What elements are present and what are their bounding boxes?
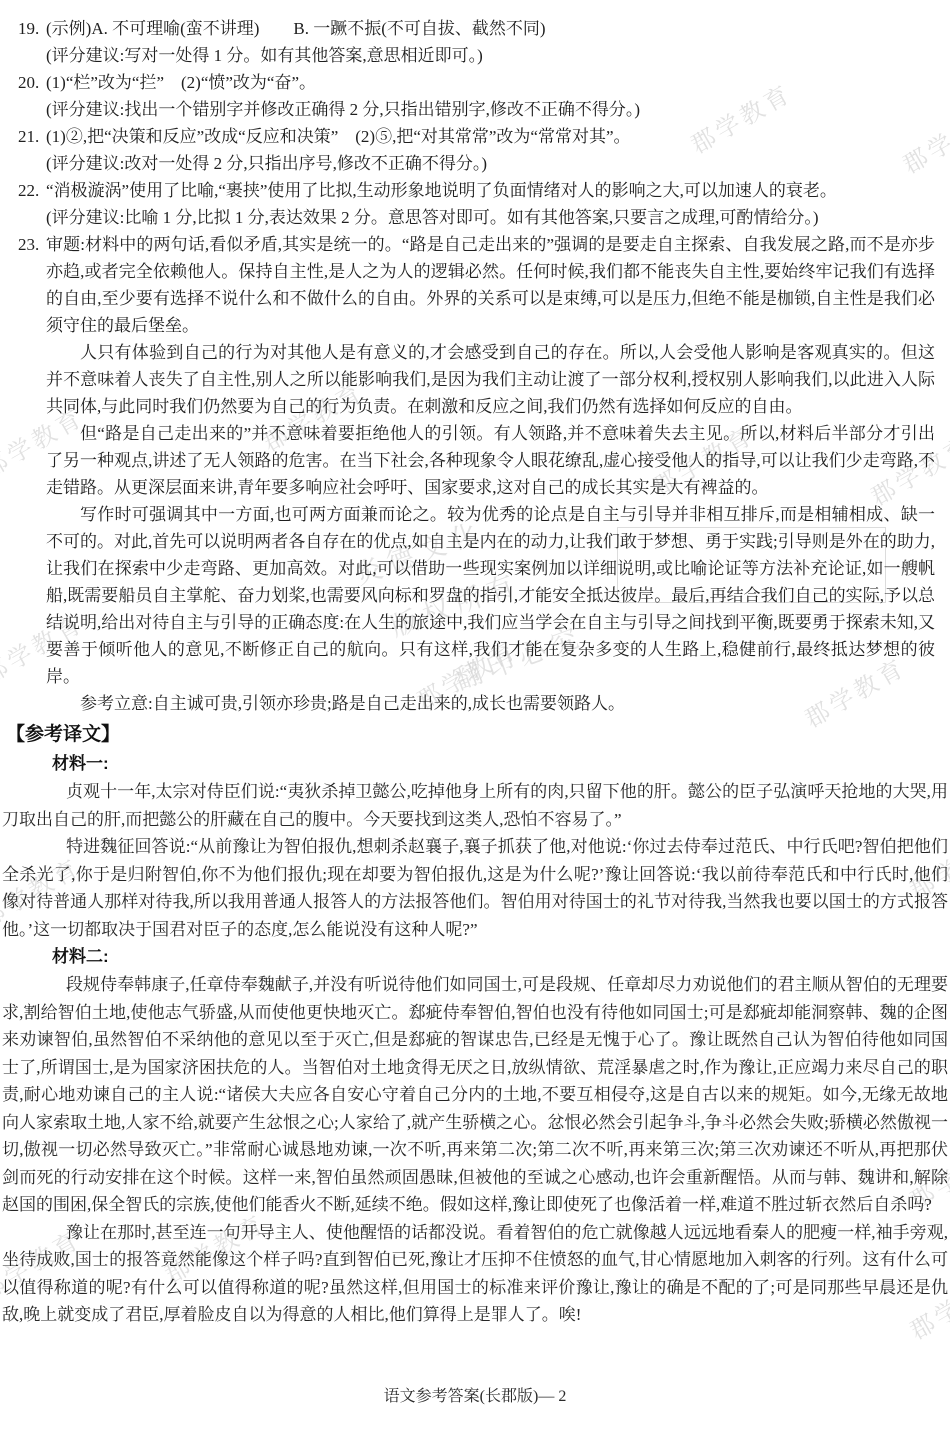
- answer-text: (示例)A. 不可理喻(蛮不讲理) B. 一蹶不振(不可自拔、截然不同): [46, 15, 935, 42]
- translation-paragraph: 豫让在那时,甚至连一句开导主人、使他醒悟的话都没说。看着智伯的危亡就像越人远远地…: [2, 1219, 948, 1329]
- question-number: 20.: [18, 69, 39, 96]
- scoring-note: (评分建议:改对一处得 2 分,只指出序号,修改不正确不得分。): [46, 150, 935, 177]
- question-number: 22.: [18, 177, 39, 204]
- answers-section: 19. (示例)A. 不可理喻(蛮不讲理) B. 一蹶不振(不可自拔、截然不同)…: [18, 15, 935, 717]
- translation-paragraph: 贞观十一年,太宗对侍臣们说:“夷狄杀掉卫懿公,吃掉他身上所有的肉,只留下他的肝。…: [2, 778, 948, 833]
- question-number: 19.: [18, 15, 39, 42]
- translation-heading: 【参考译文】: [6, 720, 948, 750]
- translation-section: 【参考译文】 材料一: 贞观十一年,太宗对侍臣们说:“夷狄杀掉卫懿公,吃掉他身上…: [2, 720, 948, 1329]
- answer-item-22: 22. “消极漩涡”使用了比喻,“裹挟”使用了比拟,生动形象地说明了负面情绪对人…: [18, 177, 935, 231]
- essay-lead-paragraph: 审题:材料中的两句话,看似矛盾,其实是统一的。“路是自己走出来的”强调的是要走自…: [46, 231, 935, 339]
- scoring-note: (评分建议:写对一处得 1 分。如有其他答案,意思相近即可。): [46, 42, 935, 69]
- material-two-label: 材料二:: [52, 943, 948, 971]
- answer-sheet-page: 郡学教育 郡学教育 郡学教育 郡学教育 郡学教育 郡学教育 郡学教育 郡学教育 …: [0, 0, 950, 1434]
- essay-paragraph: 人只有体验到自己的行为对其他人是有意义的,才会感受到自己的存在。所以,人会受他人…: [46, 339, 935, 420]
- essay-paragraph: 但“路是自己走出来的”并不意味着要拒绝他人的引领。有人领路,并不意味着失去主见。…: [46, 420, 935, 501]
- footer-text: 语文参考答案(长郡版)— 2: [384, 1388, 567, 1405]
- question-number: 23.: [18, 231, 39, 258]
- material-one-label: 材料一:: [52, 750, 948, 778]
- answer-text: (1)“栏”改为“拦” (2)“愤”改为“奋”。: [46, 69, 935, 96]
- question-number: 21.: [18, 123, 39, 150]
- scoring-note: (评分建议:找出一个错别字并修改正确得 2 分,只指出错别字,修改不正确不得分。…: [46, 96, 935, 123]
- answer-item-23: 23. 审题:材料中的两句话,看似矛盾,其实是统一的。“路是自己走出来的”强调的…: [18, 231, 935, 717]
- answer-item-20: 20. (1)“栏”改为“拦” (2)“愤”改为“奋”。 (评分建议:找出一个错…: [18, 69, 935, 123]
- answer-text: (1)②,把“决策和反应”改成“反应和决策” (2)⑤,把“对其常常”改为“常常…: [46, 123, 935, 150]
- answer-text: “消极漩涡”使用了比喻,“裹挟”使用了比拟,生动形象地说明了负面情绪对人的影响之…: [46, 177, 935, 204]
- answer-item-21: 21. (1)②,把“决策和反应”改成“反应和决策” (2)⑤,把“对其常常”改…: [18, 123, 935, 177]
- essay-paragraph: 参考立意:自主诚可贵,引领亦珍贵;路是自己走出来的,成长也需要领路人。: [46, 690, 935, 717]
- page-footer: 语文参考答案(长郡版)— 2: [0, 1383, 950, 1410]
- essay-paragraph: 写作时可强调其中一方面,也可两方面兼而论之。较为优秀的论点是自主与引导并非相互排…: [46, 501, 935, 690]
- translation-paragraph: 段规侍奉韩康子,任章侍奉魏献子,并没有听说待他们如同国士,可是段规、任章却尽力劝…: [2, 971, 948, 1219]
- answer-item-19: 19. (示例)A. 不可理喻(蛮不讲理) B. 一蹶不振(不可自拔、截然不同)…: [18, 15, 935, 69]
- translation-paragraph: 特进魏征回答说:“从前豫让为智伯报仇,想刺杀赵襄子,襄子抓获了他,对他说:‘你过…: [2, 833, 948, 943]
- scoring-note: (评分建议:比喻 1 分,比拟 1 分,表达效果 2 分。意思答对即可。如有其他…: [46, 204, 935, 231]
